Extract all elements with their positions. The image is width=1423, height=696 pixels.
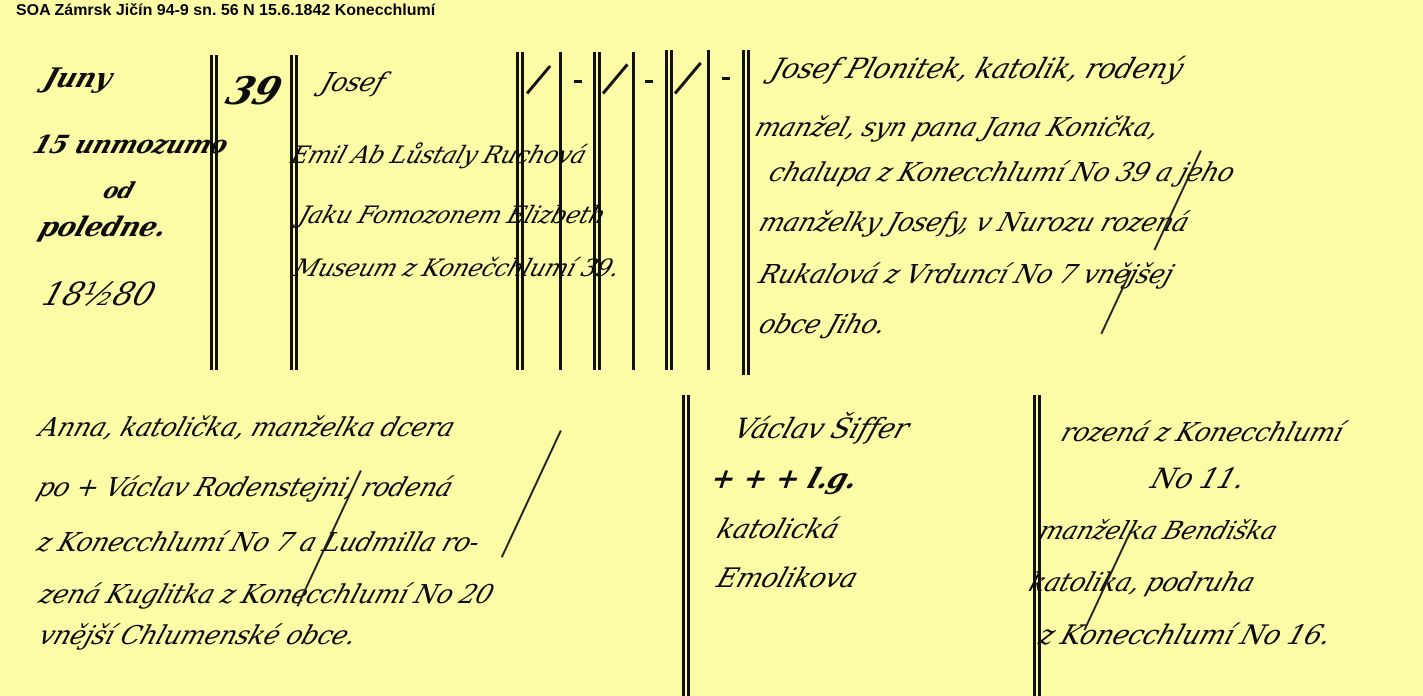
- entry-mark: od: [100, 180, 136, 202]
- tally-dash: [645, 80, 653, 83]
- godparent-line: Václav Šiffer: [730, 415, 912, 443]
- entry-month: Juny: [41, 65, 116, 92]
- entry-day: 15 unmozumo: [30, 132, 231, 157]
- mother-line: zená Kuglitka z Konecchlumí No 20: [36, 582, 497, 608]
- name-line: Jaku Fomozonem Elizbeth: [296, 203, 608, 227]
- column-rule: [665, 50, 673, 370]
- godparent-line: Emolikova: [714, 565, 861, 592]
- father-line: Josef Plonitek, katolik, rodený: [767, 55, 1186, 83]
- pen-stroke: [501, 430, 562, 558]
- column-rule: [210, 55, 218, 370]
- tally-dash: [722, 77, 730, 80]
- father-line: manžel, syn pana Jana Konička,: [752, 115, 1162, 141]
- tally-mark: [602, 63, 629, 94]
- tally-dash: [574, 80, 582, 83]
- column-rule: [742, 50, 750, 375]
- midwife-line: No 11.: [1147, 465, 1248, 493]
- column-rule: [707, 50, 710, 370]
- mother-line: z Konecchlumí No 7 a Ludmilla ro-: [34, 530, 483, 556]
- mother-line: vnější Chlumenské obce.: [36, 623, 360, 649]
- father-line: manželky Josefy, v Nurozu rozená: [756, 210, 1192, 236]
- tally-mark: [526, 65, 551, 95]
- house-number: 39: [222, 72, 286, 110]
- father-line: Rukalová z Vrduncí No 7 vnějšej: [756, 262, 1177, 288]
- midwife-line: katolika, podruha: [1026, 570, 1258, 596]
- father-line: chalupa z Konecchlumí No 39 a jeho: [766, 160, 1238, 186]
- mother-line: Anna, katolička, manželka dcera: [36, 415, 458, 441]
- entry-year-note: 18½80: [39, 278, 159, 310]
- name-line: Emil Ab Lůstaly Ruchová: [288, 143, 589, 167]
- column-rule: [682, 395, 690, 696]
- tally-mark: [674, 62, 702, 95]
- midwife-line: z Konecchlumí No 16.: [1036, 622, 1335, 649]
- midwife-line: rozená z Konecchlumí: [1058, 420, 1347, 446]
- godparent-line: katolická: [714, 516, 843, 543]
- name-line: Josef: [318, 70, 388, 96]
- midwife-line: manželka Bendiška: [1036, 518, 1280, 543]
- mother-line: po + Václav Rodenstejni, rodená: [34, 475, 456, 501]
- column-rule: [290, 55, 298, 370]
- entry-time: poledne.: [36, 214, 170, 241]
- column-rule: [632, 52, 635, 370]
- father-line: obce Jiho.: [756, 312, 889, 338]
- name-line: Museum z Konečchlumí 39.: [291, 256, 623, 280]
- document-title: SOA Zámrsk Jičín 94-9 sn. 56 N 15.6.1842…: [16, 2, 435, 20]
- godparent-line: + + + l.g.: [707, 465, 860, 493]
